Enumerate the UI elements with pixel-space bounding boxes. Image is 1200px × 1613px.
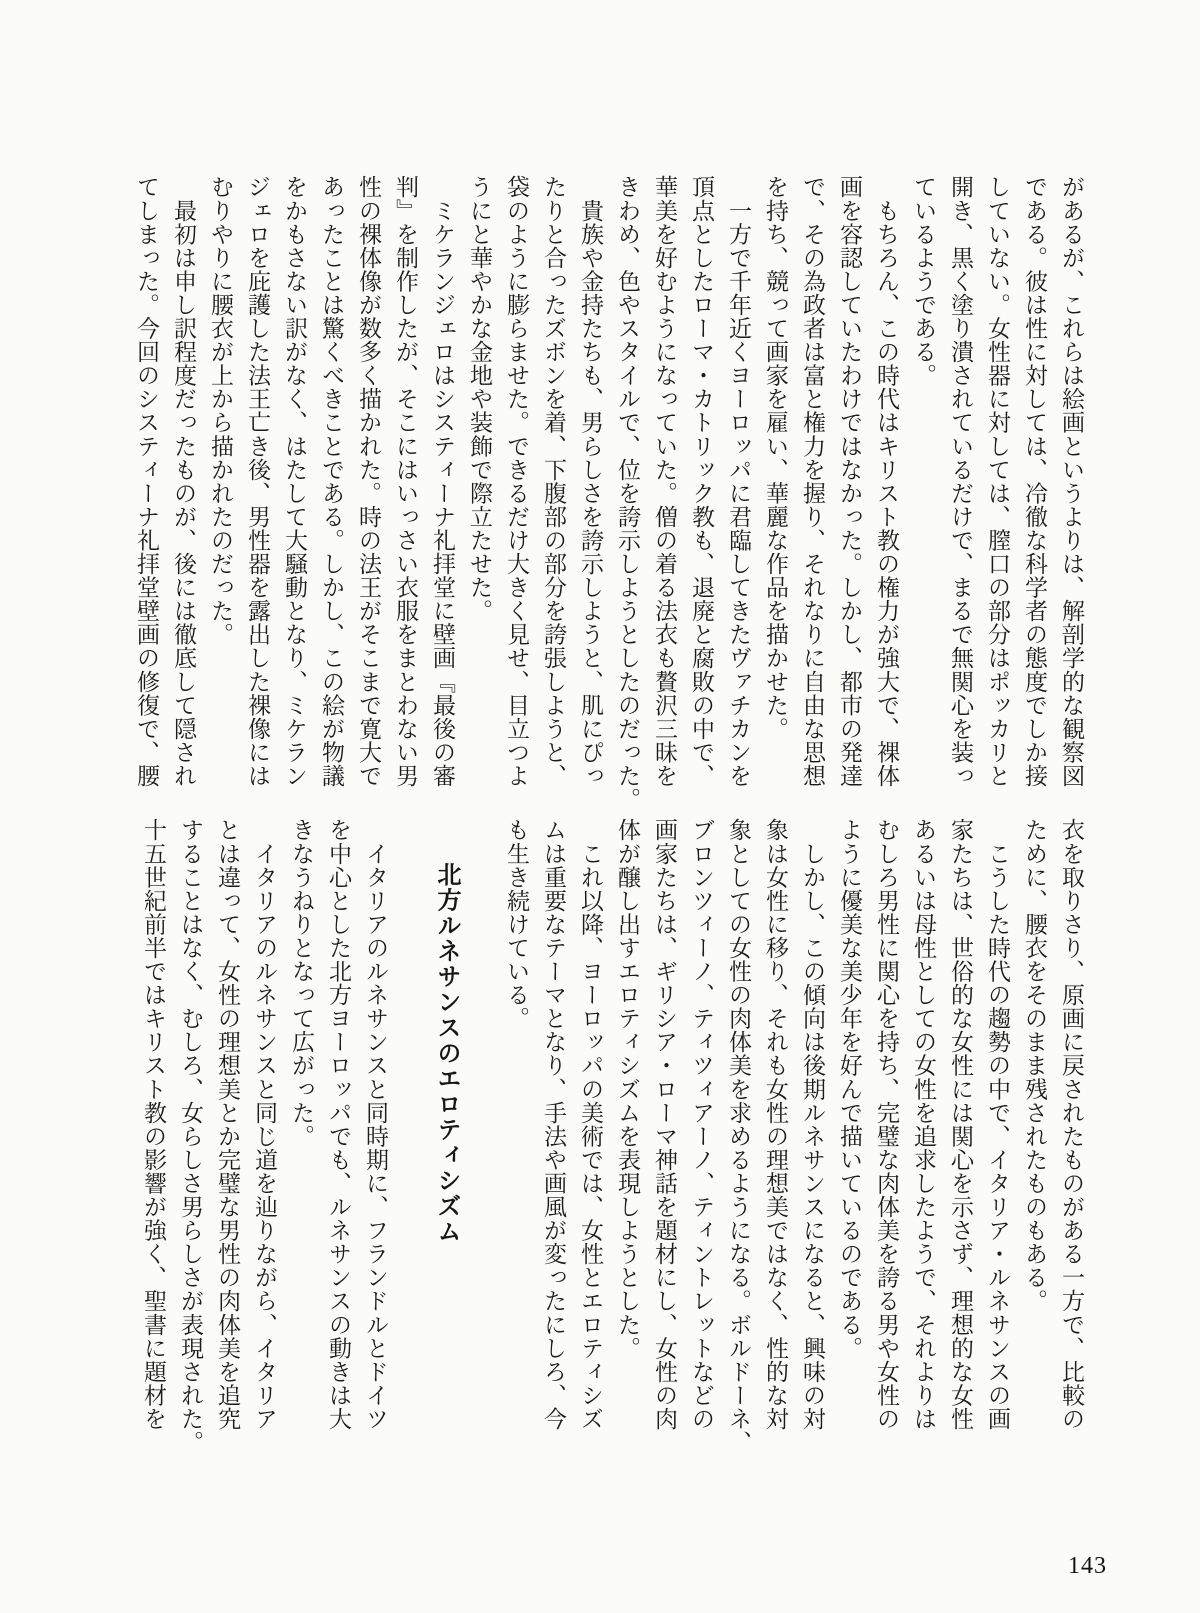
section-heading: 北方ルネサンスのエロティシズム (427, 818, 465, 1440)
text-line: 貴族や金持たちも、男らしさを誇示しようと、肌にぴっ (572, 175, 609, 793)
text-line: きなうねりとなって広がった。 (283, 818, 320, 1440)
text-line: 十五世紀前半ではキリスト教の影響が強く、聖書に題材を (135, 818, 172, 1440)
text-line: ジェロを庇護した法王亡き後、男性器を露出した裸像には (239, 175, 276, 793)
text-line: 象としての女性の肉体美を求めるようになる。ボルドーネ、 (720, 818, 757, 1440)
text-line: とは違って、女性の理想美とか完璧な男性の肉体美を追究 (209, 818, 246, 1440)
text-line: ムは重要なテーマとなり、手法や画風が変ったにしろ、今 (535, 818, 572, 1440)
book-page: があるが、これらは絵画というよりは、解剖学的な観察図である。彼は性に対しては、冷… (0, 0, 1200, 1613)
text-line: を中心とした北方ヨーロッパでも、ルネサンスの動きは大 (320, 818, 357, 1440)
text-line: 判』を制作したが、そこにはいっさい衣服をまとわない男 (387, 175, 424, 793)
text-line: あるいは母性としての女性を追求したようで、それよりは (905, 818, 942, 1440)
text-line: 頂点としたローマ・カトリック教も、退廃と腐敗の中で、 (683, 175, 720, 793)
text-line: たりと合ったズボンを着、下腹部の部分を誇張しようと、 (535, 175, 572, 793)
text-line: 家たちは、世俗的な女性には関心を示さず、理想的な女性 (942, 818, 979, 1440)
text-line: しかし、この傾向は後期ルネサンスになると、興味の対 (794, 818, 831, 1440)
text-line: 画家たちは、ギリシア・ローマ神話を題材にし、女性の肉 (646, 818, 683, 1440)
text-line: イタリアのルネサンスと同時期に、フランドルとドイツ (357, 818, 394, 1440)
text-line: していない。女性器に対しては、膣口の部分はポッカリと (979, 175, 1016, 793)
text-line: ように優美な美少年を好んで描いているのである。 (831, 818, 868, 1440)
text-line: てしまった。今回のシスティーナ礼拝堂壁画の修復で、腰 (128, 175, 165, 793)
text-line: これ以降、ヨーロッパの美術では、女性とエロティシズ (572, 818, 609, 1440)
text-line: で、その為政者は富と権力を握り、それなりに自由な思想 (794, 175, 831, 793)
text-line: を持ち、競って画家を雇い、華麗な作品を描かせた。 (757, 175, 794, 793)
bottom-text-block: 衣を取りさり、原画に戻されたものがある一方で、比較のために、腰衣をそのまま残され… (80, 818, 1090, 1440)
text-line: あったことは驚くべきことである。しかし、この絵が物議 (313, 175, 350, 793)
text-line: ブロンツィーノ、ティツィアーノ、ティントレットなどの (683, 818, 720, 1440)
text-line: きわめ、色やスタイルで、位を誇示しようとしたのだった。 (609, 175, 646, 793)
text-line: をかもさない訳がなく、はたして大騒動となり、ミケラン (276, 175, 313, 793)
text-line: うにと華やかな金地や装飾で際立たせた。 (461, 175, 498, 793)
text-line: ているようである。 (905, 175, 942, 793)
text-line: 一方で千年近くヨーロッパに君臨してきたヴァチカンを (720, 175, 757, 793)
text-line: ために、腰衣をそのまま残されたものもある。 (1016, 818, 1053, 1440)
top-text-block: があるが、これらは絵画というよりは、解剖学的な観察図である。彼は性に対しては、冷… (80, 175, 1090, 793)
text-line: むしろ男性に関心を持ち、完璧な肉体美を誇る男や女性の (868, 818, 905, 1440)
text-line: もちろん、この時代はキリスト教の権力が強大で、裸体 (868, 175, 905, 793)
text-line: 画を容認していたわけではなかった。しかし、都市の発達 (831, 175, 868, 793)
text-line: むりやりに腰衣が上から描かれたのだった。 (202, 175, 239, 793)
text-line: 最初は申し訳程度だったものが、後には徹底して隠され (165, 175, 202, 793)
text-line: である。彼は性に対しては、冷徹な科学者の態度でしか接 (1016, 175, 1053, 793)
text-line: 袋のように膨らませた。できるだけ大きく見せ、目立つよ (498, 175, 535, 793)
text-line: こうした時代の趨勢の中で、イタリア・ルネサンスの画 (979, 818, 1016, 1440)
text-line: も生き続けている。 (498, 818, 535, 1440)
text-line: があるが、これらは絵画というよりは、解剖学的な観察図 (1053, 175, 1090, 793)
text-line: 性の裸体像が数多く描かれた。時の法王がそこまで寛大で (350, 175, 387, 793)
text-line: することはなく、むしろ、女らしさ男らしさが表現された。 (172, 818, 209, 1440)
text-line: 体が醸し出すエロティシズムを表現しようとした。 (609, 818, 646, 1440)
page-number: 143 (1068, 1553, 1107, 1580)
text-line: 開き、黒く塗り潰されているだけで、まるで無関心を装っ (942, 175, 979, 793)
text-line: イタリアのルネサンスと同じ道を辿りながら、イタリア (246, 818, 283, 1440)
text-line: 華美を好むようになっていた。僧の着る法衣も贅沢三昧を (646, 175, 683, 793)
text-line: 象は女性に移り、それも女性の理想美ではなく、性的な対 (757, 818, 794, 1440)
text-line: ミケランジェロはシスティーナ礼拝堂に壁画『最後の審 (424, 175, 461, 793)
text-line: 衣を取りさり、原画に戻されたものがある一方で、比較の (1053, 818, 1090, 1440)
